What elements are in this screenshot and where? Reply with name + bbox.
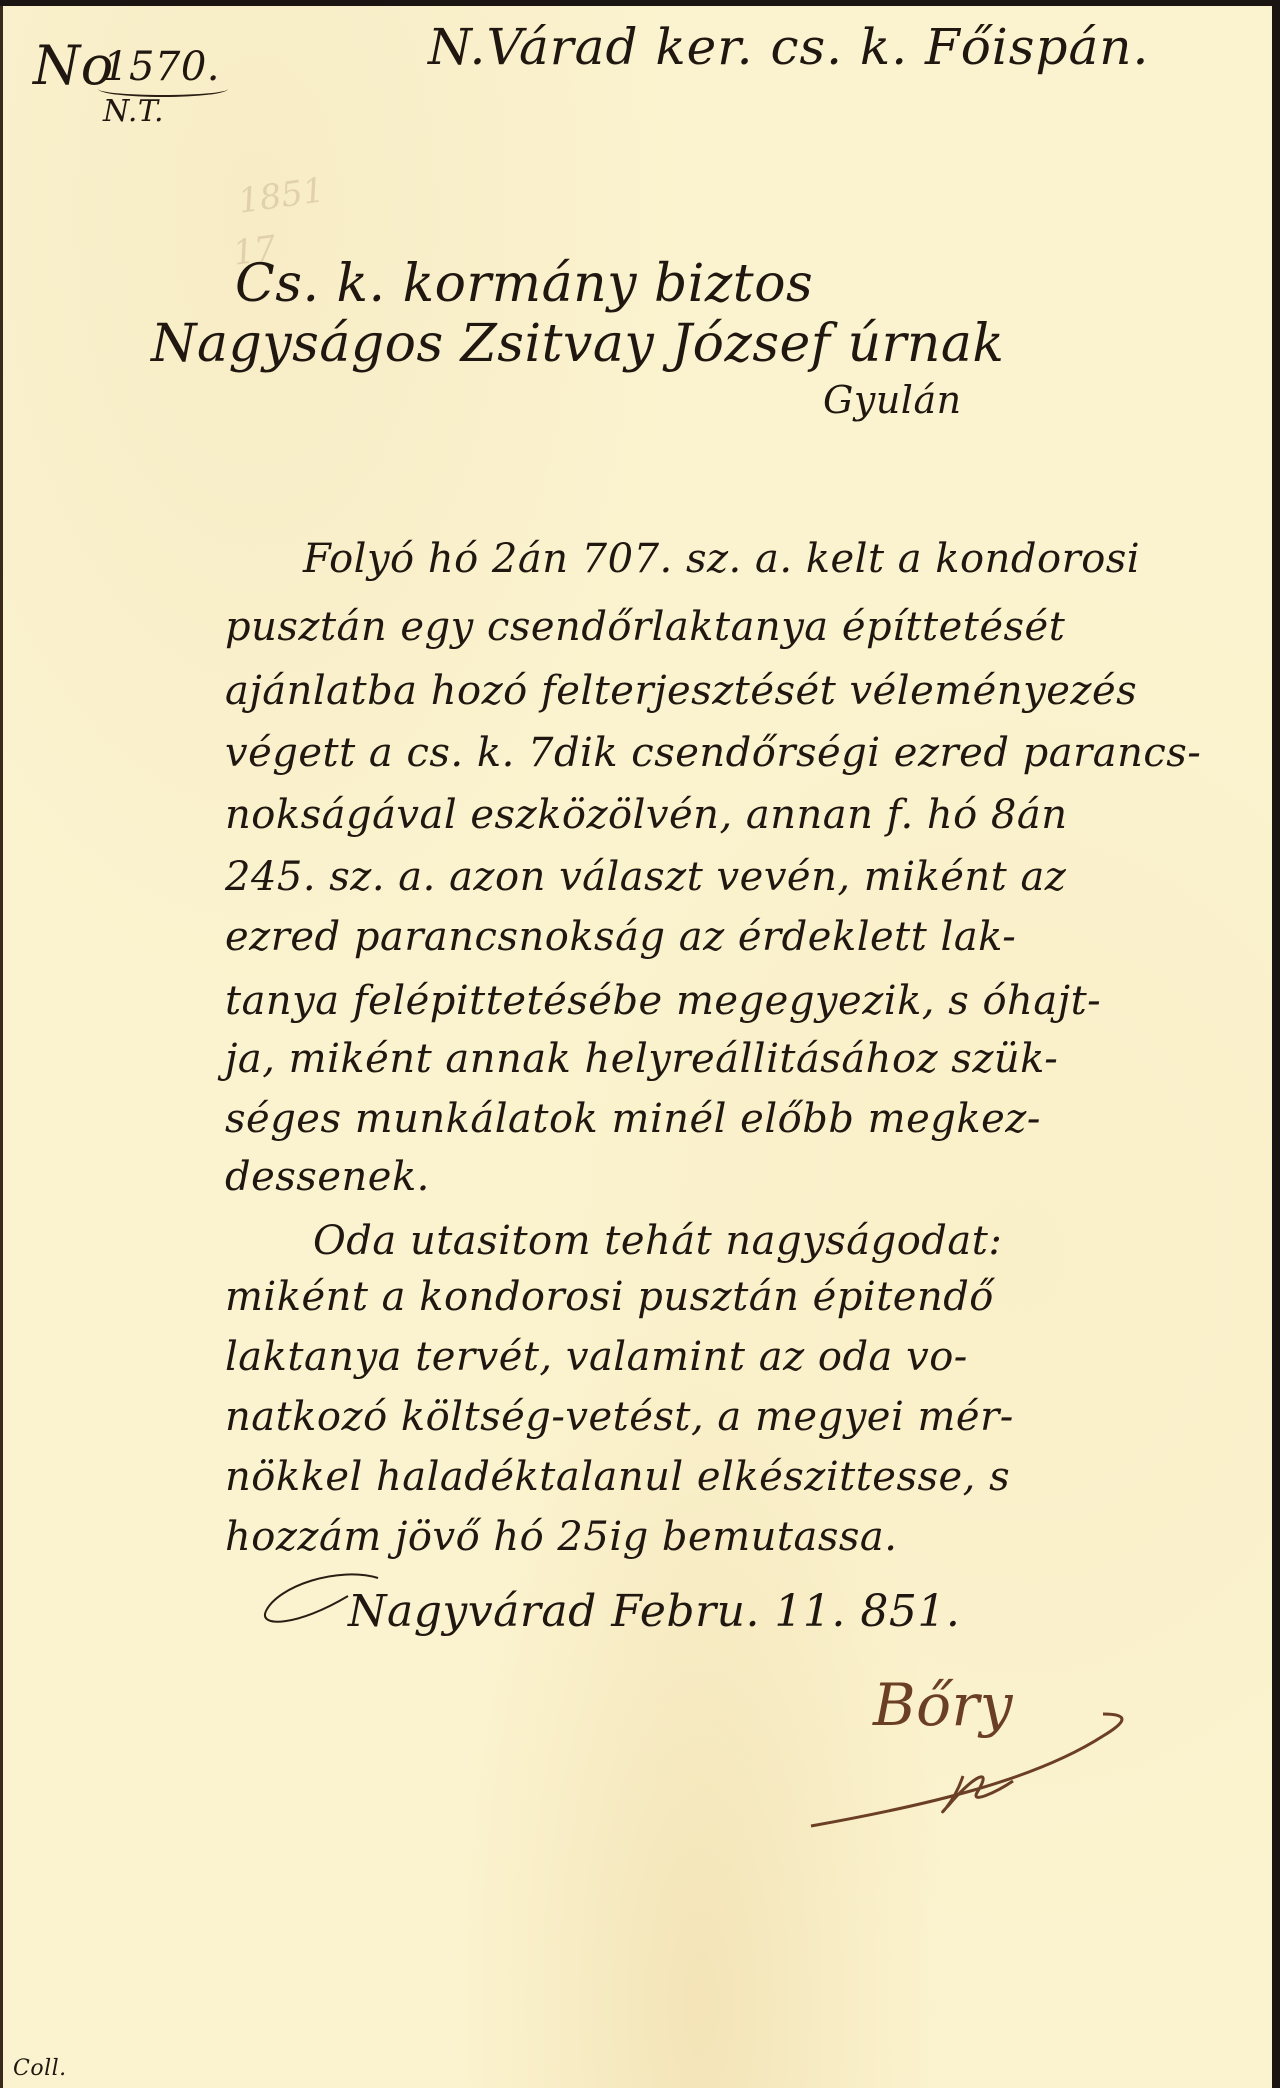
body-line: Folyó hó 2án 707. sz. a. kelt a kondoros… [303,536,1140,582]
body-line: hozzám jövő hó 25ig bemutassa. [225,1514,897,1560]
body-line: Oda utasitom tehát nagyságodat: [313,1218,1002,1264]
body-line: laktanya tervét, valamint az oda vo- [225,1334,968,1380]
body-line: 245. sz. a. azon választ vevén, miként a… [225,854,1066,900]
body-line: ja, miként annak helyreállitásához szük- [225,1036,1058,1082]
body-line: ajánlatba hozó felterjesztését véleménye… [225,668,1137,714]
body-line: ezred parancsnokság az érdeklett lak- [225,914,1016,960]
body-line: nökkel haladéktalanul elkészittesse, s [225,1454,1010,1500]
reference-subref: N.T. [103,94,164,129]
addressee-name: Nagyságos Zsitvay József úrnak [151,314,1004,374]
body-line: miként a kondorosi pusztán épitendő [225,1274,994,1320]
addressee-title: Cs. k. kormány biztos [235,254,813,314]
signature: Bőry [873,1671,1013,1739]
body-line: pusztán egy csendőrlaktanya építtetését [225,604,1065,650]
footer-note: Coll. [13,2056,67,2081]
body-line: nokságával eszközölvén, annan f. hó 8án [225,792,1068,838]
body-line: natkozó költség-vetést, a megyei mér- [225,1394,1014,1440]
body-line: végett a cs. k. 7dik csendőrségi ezred p… [225,730,1201,776]
issuer-header: N.Várad ker. cs. k. Főispán. [428,18,1149,76]
body-line: séges munkálatok minél előbb megkez- [225,1096,1041,1142]
dateline: Nagyvárad Febru. 11. 851. [348,1586,960,1637]
body-line: tanya felépittetésébe megegyezik, s óhaj… [225,978,1101,1024]
letter-page: No 1570. N.T. 1851 17 N.Várad ker. cs. k… [0,6,1272,2088]
body-line: dessenek. [225,1154,430,1200]
faded-stamp-year: 1851 [236,170,327,222]
addressee-location: Gyulán [823,378,962,422]
